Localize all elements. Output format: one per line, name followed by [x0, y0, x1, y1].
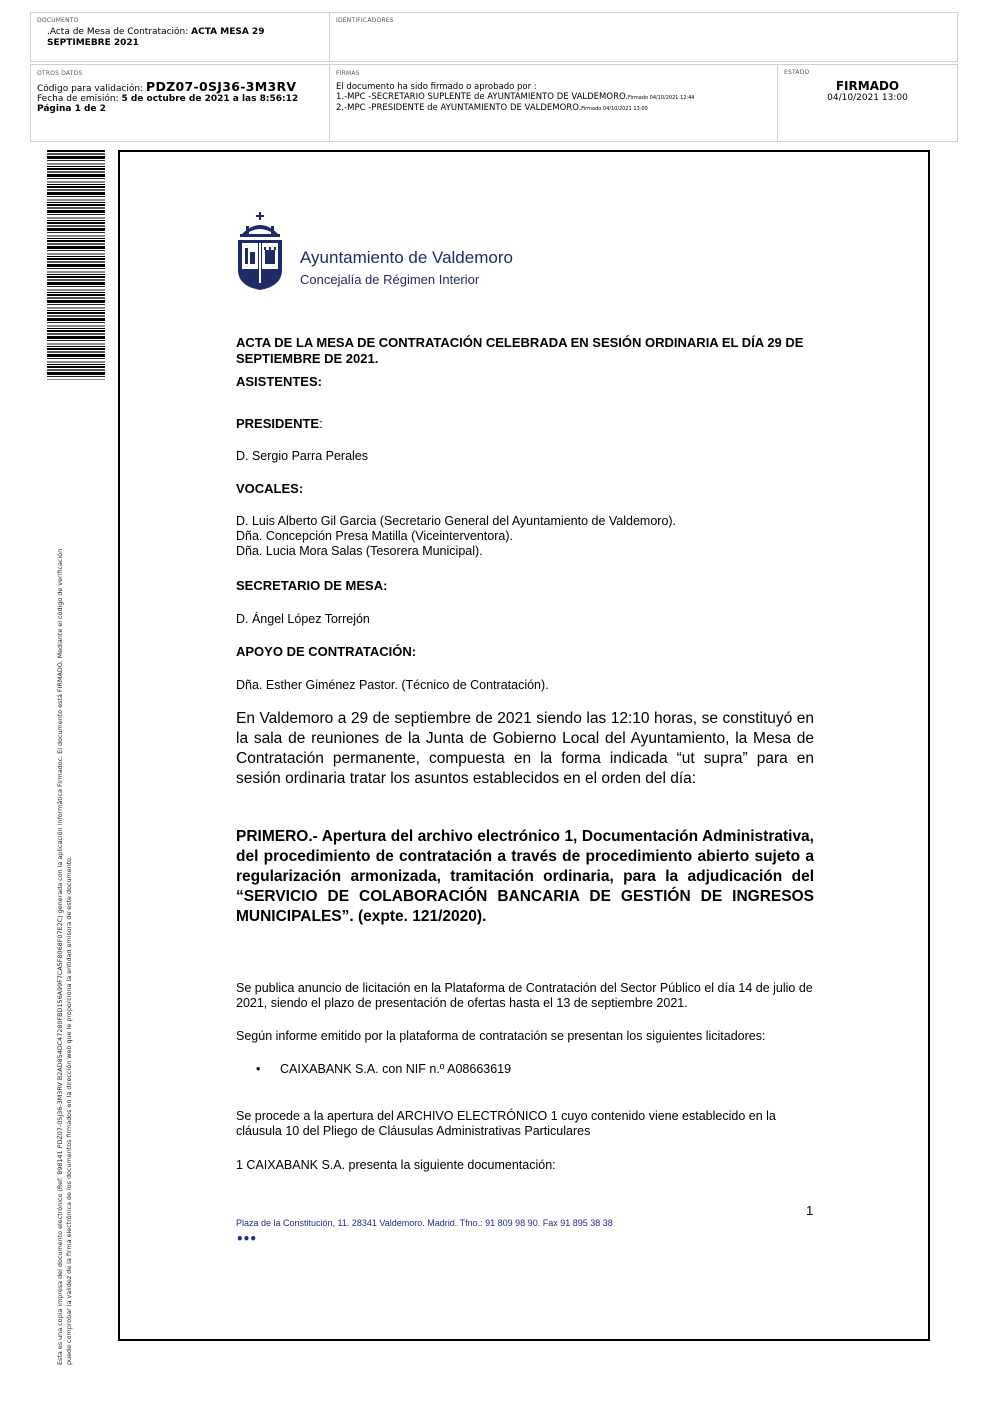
org-subtitle: Concejalía de Régimen Interior — [300, 272, 479, 287]
firmas-label: FIRMAS — [336, 69, 771, 79]
validation-code-value[interactable]: PDZ07-0SJ36-3M3RV — [146, 79, 296, 94]
vocal-item: D. Luis Alberto Gil Garcia (Secretario G… — [236, 514, 814, 529]
apoyo-heading: APOYO DE CONTRATACIÓN: — [236, 644, 814, 660]
primero-paragraph: PRIMERO.- Apertura del archivo electróni… — [236, 827, 814, 927]
firma-item: 2.-MPC -PRESIDENTE de AYUNTAMIENTO DE VA… — [336, 103, 771, 114]
estado-cell: ESTADO FIRMADO 04/10/2021 13:00 — [777, 65, 957, 141]
licitador-item: •CAIXABANK S.A. con NIF n.º A08663619 — [256, 1062, 511, 1076]
identificadores-label: IDENTIFICADORES — [336, 17, 951, 24]
identificadores-cell: IDENTIFICADORES — [329, 13, 957, 61]
secretario-name: D. Ángel López Torrejón — [236, 612, 814, 627]
verification-side-text: Esta es una copia impresa del documento … — [56, 380, 74, 1365]
presenta-paragraph: 1 CAIXABANK S.A. presenta la siguiente d… — [236, 1158, 814, 1173]
firmas-cell: FIRMAS El documento ha sido firmado o ap… — [329, 65, 777, 141]
asistentes-heading: ASISTENTES: — [236, 374, 814, 390]
documento-label: DOCUMENTO — [37, 17, 323, 24]
org-name: Ayuntamiento de Valdemoro — [300, 248, 513, 268]
vocales-heading: VOCALES: — [236, 481, 814, 497]
vocal-item: Dña. Concepción Presa Matilla (Viceinter… — [236, 529, 814, 544]
footer-address: Plaza de la Constitución, 11. 28341 Vald… — [236, 1218, 613, 1228]
vocales-list: D. Luis Alberto Gil Garcia (Secretario G… — [236, 514, 814, 559]
firma-item: 1.-MPC -SECRETARIO SUPLENTE de AYUNTAMIE… — [336, 92, 771, 103]
page-number: 1 — [806, 1203, 813, 1218]
footer-dots-icon: ••• — [236, 1232, 256, 1246]
intro-paragraph: En Valdemoro a 29 de septiembre de 2021 … — [236, 709, 814, 789]
anuncio-paragraph: Se publica anuncio de licitación en la P… — [236, 981, 814, 1011]
status-badge: FIRMADO — [784, 79, 951, 93]
secretario-heading: SECRETARIO DE MESA: — [236, 578, 814, 594]
header-row-document: DOCUMENTO .Acta de Mesa de Contratación:… — [30, 12, 958, 62]
otros-datos-cell: OTROS DATOS Código para validación: PDZ0… — [31, 65, 329, 141]
estado-label: ESTADO — [784, 69, 951, 76]
apertura-paragraph: Se procede a la apertura del ARCHIVO ELE… — [236, 1109, 814, 1139]
presidente-name: D. Sergio Parra Perales — [236, 449, 814, 464]
vocal-item: Dña. Lucia Mora Salas (Tesorera Municipa… — [236, 544, 814, 559]
page-indicator: Página 1 de 2 — [37, 104, 323, 114]
bullet-icon: • — [256, 1062, 280, 1076]
document-page: Ayuntamiento de Valdemoro Concejalía de … — [118, 150, 930, 1341]
valdemoro-coat-of-arms-icon — [236, 212, 284, 292]
status-date: 04/10/2021 13:00 — [784, 93, 951, 103]
emission-date: Fecha de emisión: 5 de octubre de 2021 a… — [37, 94, 323, 104]
validation-code: Código para validación: PDZ07-0SJ36-3M3R… — [37, 82, 323, 94]
firmas-intro: El documento ha sido firmado o aprobado … — [336, 82, 771, 92]
presidente-heading: PRESIDENTE: — [236, 416, 814, 432]
otros-datos-label: OTROS DATOS — [37, 69, 323, 79]
document-title: ACTA DE LA MESA DE CONTRATACIÓN CELEBRAD… — [236, 335, 814, 367]
documento-cell: DOCUMENTO .Acta de Mesa de Contratación:… — [31, 13, 329, 61]
segun-paragraph: Según informe emitido por la plataforma … — [236, 1029, 814, 1044]
header-row-meta: OTROS DATOS Código para validación: PDZ0… — [30, 64, 958, 142]
documento-title: .Acta de Mesa de Contratación: ACTA MESA… — [47, 27, 323, 49]
barcode — [47, 150, 105, 380]
apoyo-name: Dña. Esther Giménez Pastor. (Técnico de … — [236, 678, 814, 693]
